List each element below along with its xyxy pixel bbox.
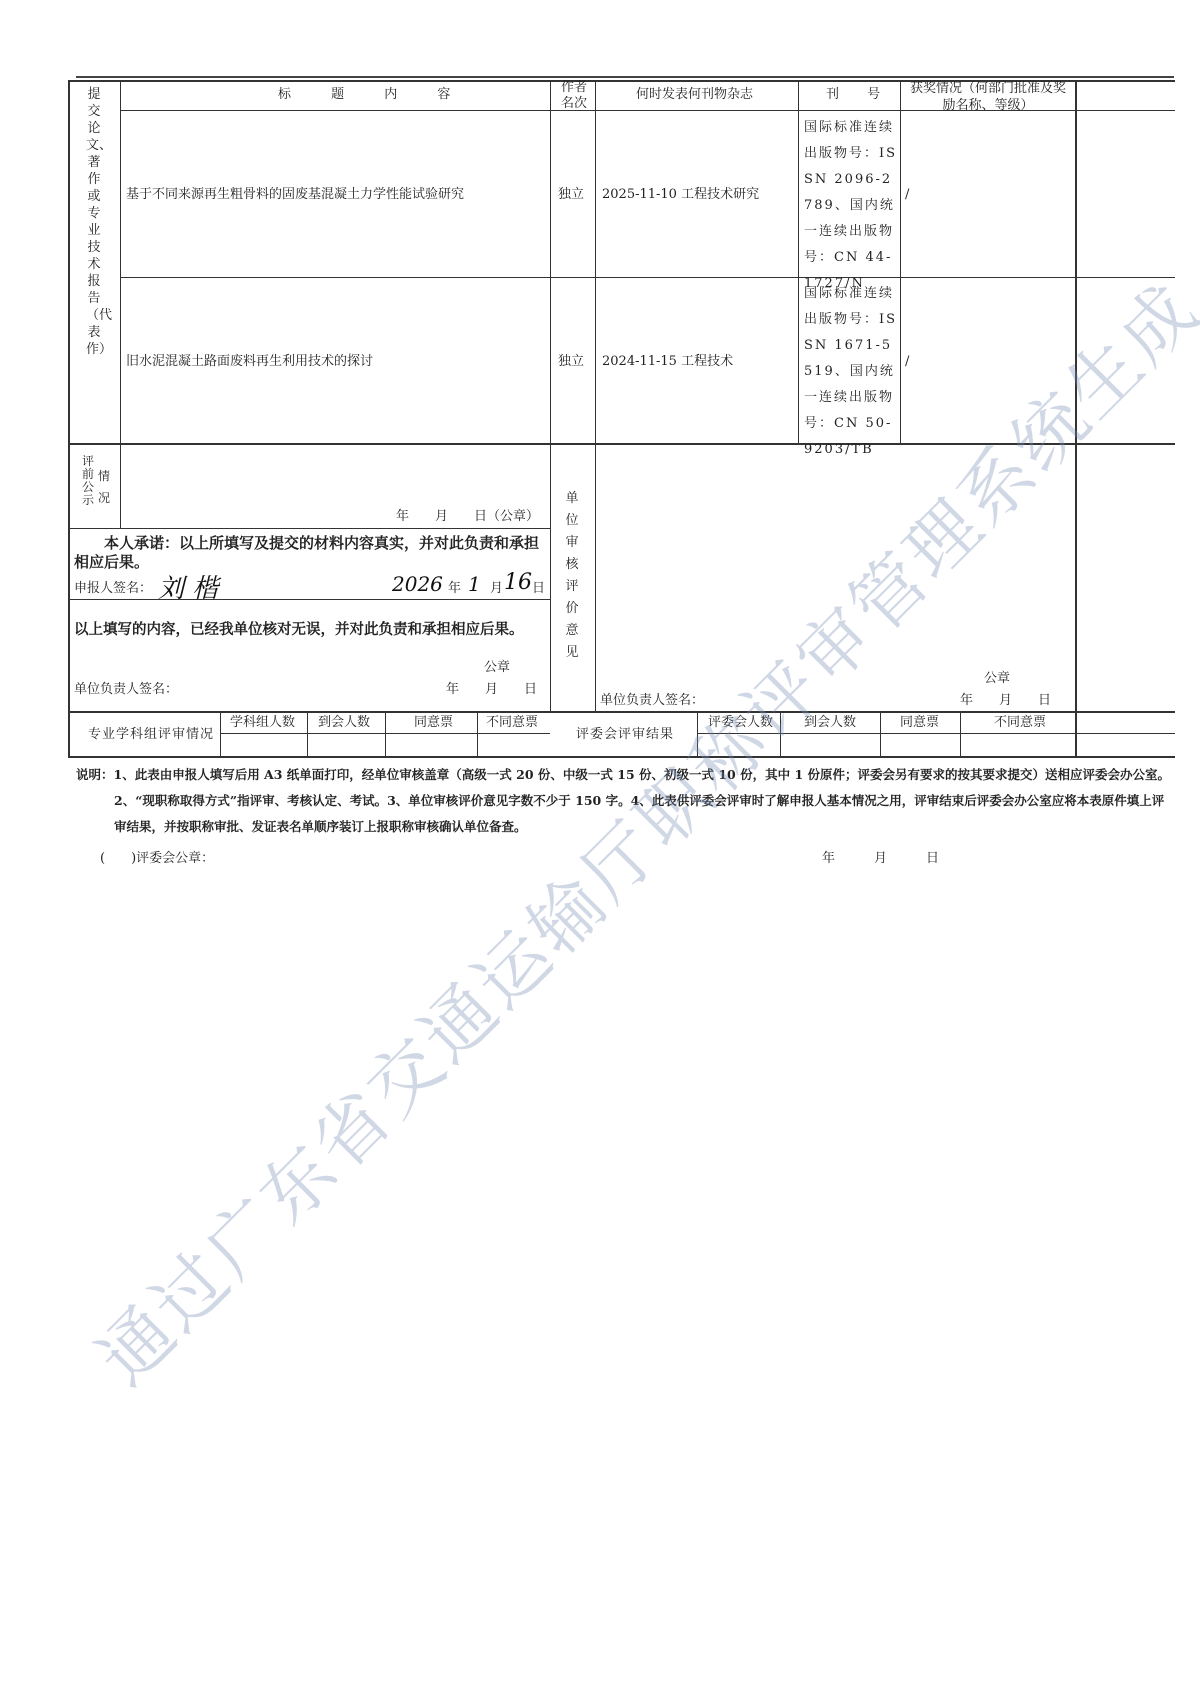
applicant-signature: 刘 楷 [158, 568, 218, 605]
committee-seal-label: ( )评委会公章： [100, 852, 214, 865]
header-awards: 获奖情况（何部门批准及奖励名称、等级） [908, 80, 1068, 114]
unit-verify-date: 年 月 日 [446, 683, 537, 696]
pre-review-label-right: 情况 [96, 465, 112, 509]
row-published: 2025-11-10 工程技术研究 [602, 188, 759, 201]
unit-verify-text: 以上填写的内容，已经我单位核对无误，并对此负责和承担相应后果。 [74, 623, 524, 638]
row-issue-no: 国际标准连续出版物号：ISSN 2096-2789、国内统一连续出版物号：CN … [804, 115, 898, 297]
subject-group-label: 专业学科组评审情况 [88, 728, 214, 741]
commitment-text: 本人承诺：以上所填写及提交的材料内容真实，并对此负责和承担相应后果。 [74, 534, 544, 572]
committee-col: 到会人数 [804, 716, 856, 729]
header-author-rank: 作者名次 [557, 80, 591, 112]
committee-col: 评委会人数 [708, 716, 773, 729]
notes-text: 说明：1、此表由申报人填写后用 A3 纸单面打印，经单位审核盖章（高级一式 20… [76, 762, 1172, 840]
day-suffix: 日 [532, 582, 545, 595]
top-rule [76, 76, 1174, 78]
subject-group-col: 同意票 [414, 716, 453, 729]
sign-day: 16 [504, 570, 532, 595]
subject-group-col: 到会人数 [318, 716, 370, 729]
applicant-signer-label: 申报人签名： [74, 582, 152, 595]
row-author-rank: 独立 [558, 355, 584, 368]
row-published: 2024-11-15 工程技术 [602, 355, 733, 368]
unit-verify-seal: 公章 [484, 661, 510, 674]
pre-review-date: 年 月 日（公章） [396, 510, 539, 523]
header-published: 何时发表何刊物杂志 [636, 88, 753, 101]
committee-seal-date: 年 月 日 [822, 852, 939, 865]
sign-month: 1 [468, 572, 481, 596]
header-title: 标 题 内 容 [278, 88, 468, 101]
row-author-rank: 独立 [558, 188, 584, 201]
committee-col: 同意票 [900, 716, 939, 729]
committee-col: 不同意票 [994, 716, 1046, 729]
row-awards: / [905, 355, 909, 368]
row-awards: / [905, 188, 909, 201]
row-issue-no: 国际标准连续出版物号：ISSN 1671-5519、国内统一连续出版物号：CN … [804, 281, 898, 463]
year-suffix: 年 [448, 582, 461, 595]
row-title: 旧水泥混凝土路面废料再生利用技术的探讨 [126, 355, 373, 368]
committee-result-label: 评委会评审结果 [576, 728, 674, 741]
unit-review-signer-label: 单位负责人签名： [600, 694, 704, 707]
sign-year: 2026 [392, 572, 443, 596]
row-title: 基于不同来源再生粗骨料的固废基混凝土力学性能试验研究 [126, 188, 464, 201]
section-label: 提交论文、著作或专业技术报告（代表作） [86, 86, 102, 358]
subject-group-col: 学科组人数 [230, 716, 295, 729]
month-suffix: 月 [490, 582, 503, 595]
subject-group-col: 不同意票 [486, 716, 538, 729]
unit-review-seal: 公章 [984, 672, 1010, 685]
unit-review-label: 单位审核评价意见 [564, 488, 580, 664]
unit-verify-signer-label: 单位负责人签名： [74, 683, 178, 696]
header-issue-no: 刊 号 [826, 88, 892, 101]
pre-review-label: 评前公示 [80, 455, 96, 507]
unit-review-date: 年 月 日 [960, 694, 1051, 707]
